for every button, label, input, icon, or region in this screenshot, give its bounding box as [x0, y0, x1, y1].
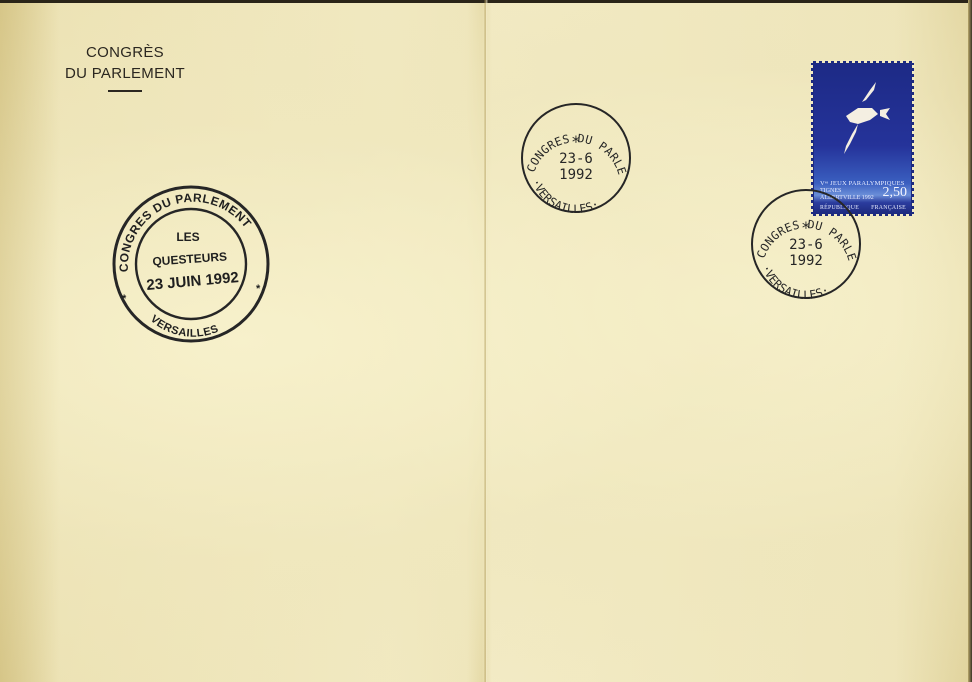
postmark-2-year: 1992: [789, 253, 823, 269]
questeurs-date: 23 JUIN 1992: [146, 269, 240, 294]
postmark-1-year: 1992: [559, 167, 593, 183]
postmark-2-date: 23-6: [789, 237, 823, 253]
postmark-1-date: 23-6: [559, 151, 593, 167]
envelope-sheet: CONGRÈS DU PARLEMENT CONGRES DU PARLEMEN…: [0, 0, 972, 682]
postmark-2: CONGRES DU PARLEMENT ·VERSAILLES· * 23-6…: [748, 187, 864, 301]
letterhead-line1: CONGRÈS: [50, 42, 200, 63]
paper-stain: [0, 0, 60, 682]
letterhead: CONGRÈS DU PARLEMENT: [50, 42, 200, 92]
ornament-left: *: [122, 293, 127, 305]
postmark-1: CONGRES DU PARLEMENT ·VERSAILLES· * 23-6…: [518, 101, 634, 215]
questeurs-stamp: CONGRES DU PARLEMENT VERSAILLES * * LES …: [110, 184, 272, 344]
stamp-face-value: 2,50: [883, 185, 908, 201]
ornament-right: *: [256, 283, 261, 295]
questeurs-les: LES: [176, 230, 199, 244]
postmark-2-star: *: [801, 218, 811, 237]
center-fold: [484, 0, 488, 682]
letterhead-line2: DU PARLEMENT: [50, 63, 200, 84]
letterhead-rule: [108, 90, 142, 92]
right-edge-shadow: [968, 0, 972, 682]
postmark-1-star: *: [571, 132, 581, 151]
questeurs-title: QUESTEURS: [152, 249, 227, 268]
